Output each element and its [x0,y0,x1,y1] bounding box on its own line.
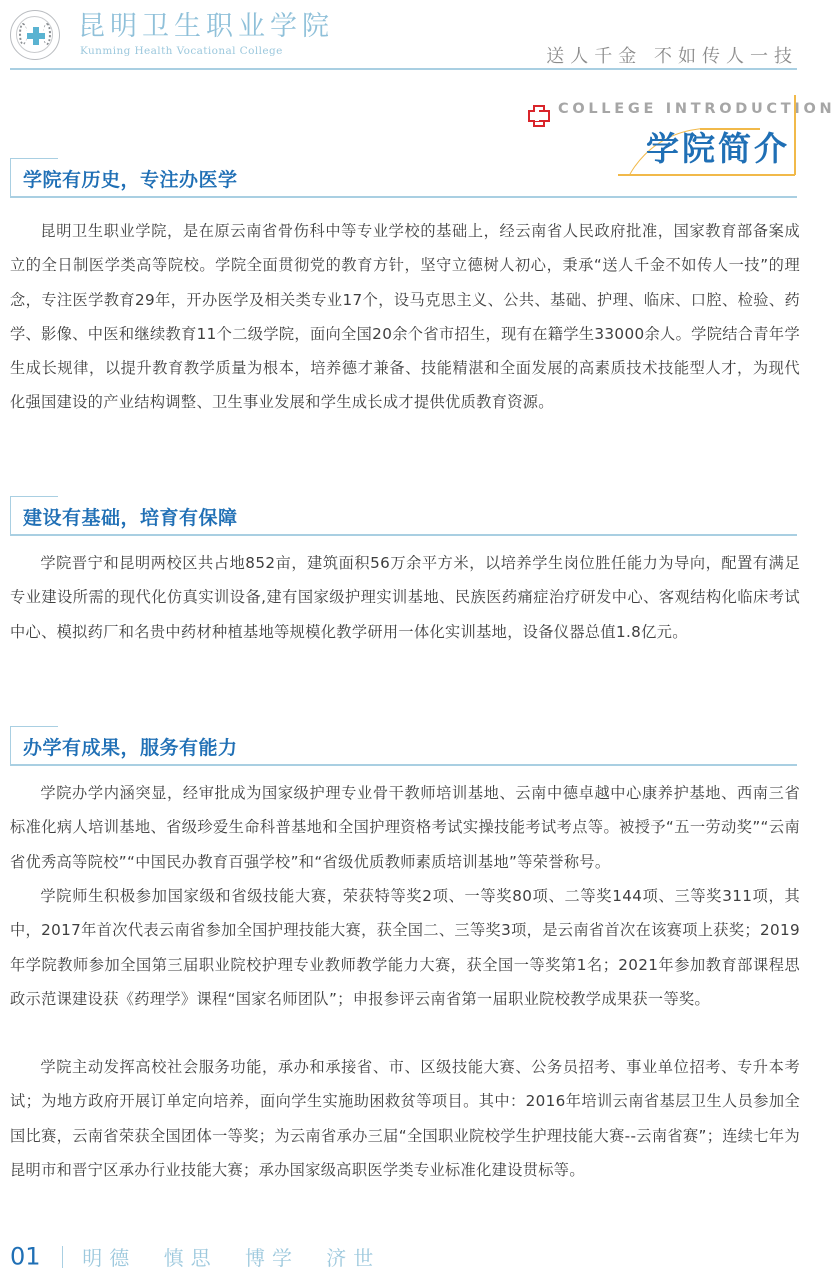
paragraph-achievements-services: 学院主动发挥高校社会服务功能，承办和承接省、市、区级技能大赛、公务员招考、事业单… [10,1050,800,1187]
intro-label-en: COLLEGE INTRODUCTION [558,101,832,117]
section-heading-achievements: 办学有成果，服务有能力 [10,726,797,766]
paragraph-achievements-honors: 学院办学内涵突显，经审批成为国家级护理专业骨干教师培训基地、云南中德卓越中心康养… [10,776,800,879]
section-title: 建设有基础，培育有保障 [23,506,238,530]
college-motto: 明德 慎思 博学 济世 [82,1246,380,1270]
page-number: 01 [10,1243,41,1271]
section-title: 学院有历史，专注办医学 [23,168,238,192]
red-cross-icon [528,105,546,123]
slogan: 送人千金 不如传人一技 [546,42,798,68]
header-divider [10,68,797,70]
page-header: 昆明卫生职业学院 Kunming Health Vocational Colle… [0,0,832,72]
section-heading-history: 学院有历史，专注办医学 [10,158,797,198]
college-name-cn: 昆明卫生职业学院 [78,12,334,42]
section-title: 办学有成果，服务有能力 [23,736,238,760]
page-footer: 01 明德 慎思 博学 济世 [10,1242,380,1278]
paragraph-achievements-competitions: 学院师生积极参加国家级和省级技能大赛，荣获特等奖2项、一等奖80项、二等奖144… [10,879,800,1016]
section-heading-infrastructure: 建设有基础，培育有保障 [10,496,797,536]
paragraph-history: 昆明卫生职业学院，是在原云南省骨伤科中等专业学校的基础上，经云南省人民政府批准，… [10,214,800,420]
college-name-en: Kunming Health Vocational College [80,45,283,57]
college-emblem-icon [10,10,60,60]
footer-divider [62,1246,64,1268]
paragraph-infrastructure: 学院晋宁和昆明两校区共占地852亩，建筑面积56万余平方米，以培养学生岗位胜任能… [10,546,800,649]
